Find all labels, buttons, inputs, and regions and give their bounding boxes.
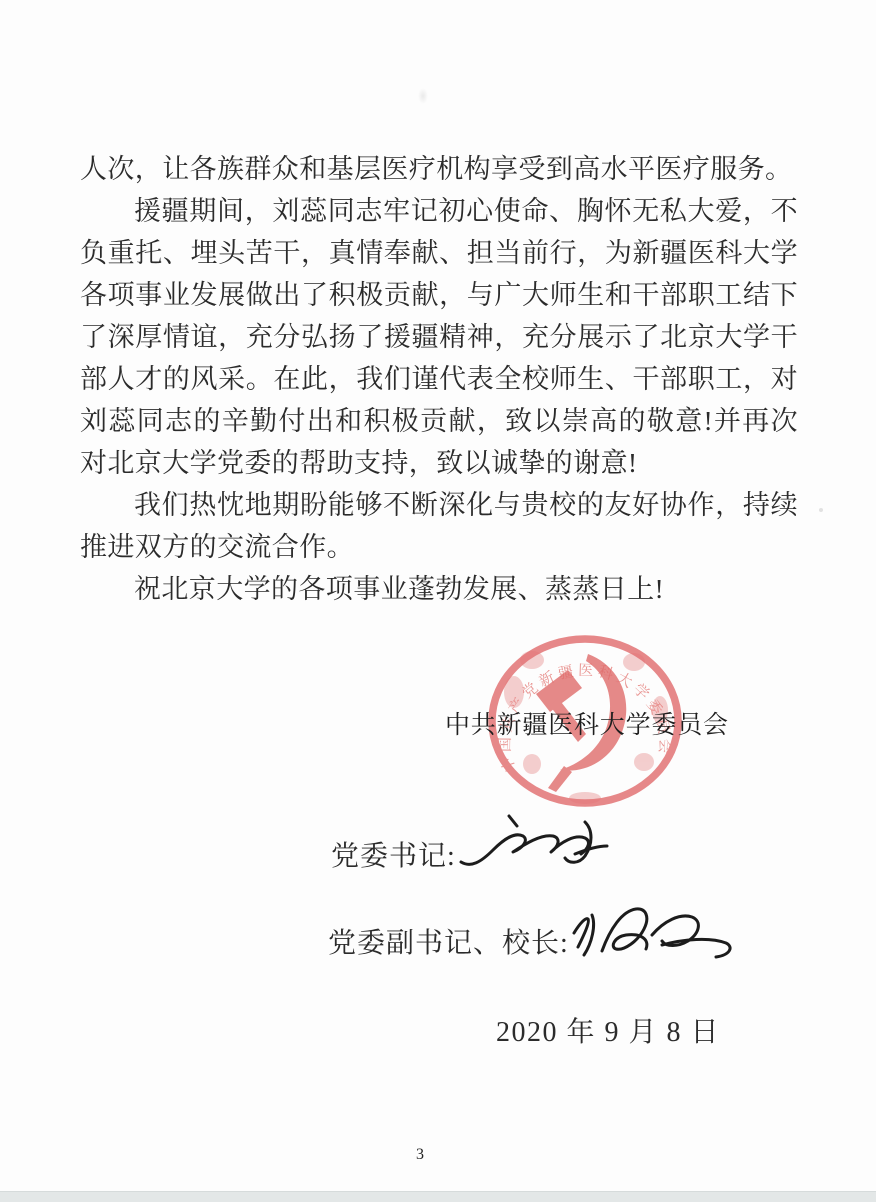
date-line: 2020 年 9 月 8 日: [496, 1010, 720, 1050]
scan-artifact: [819, 508, 823, 512]
scan-edge: [0, 1191, 876, 1202]
vice-secretary-label: 党委副书记、校长:: [328, 921, 569, 961]
letter-paragraph: 人次，让各族群众和基层医疗机构享受到高水平医疗服务。: [80, 148, 798, 190]
letter-body: 人次，让各族群众和基层医疗机构享受到高水平医疗服务。 援疆期间，刘蕊同志牢记初心…: [80, 148, 798, 610]
letter-paragraph: 祝北京大学的各项事业蓬勃发展、蒸蒸日上!: [80, 568, 798, 610]
scanned-letter-page: 人次，让各族群众和基层医疗机构享受到高水平医疗服务。 援疆期间，刘蕊同志牢记初心…: [0, 0, 876, 1202]
page-number: 3: [404, 1146, 436, 1164]
president-signature: [566, 901, 738, 961]
secretary-signature: [457, 810, 615, 872]
secretary-label: 党委书记:: [331, 834, 456, 874]
letter-paragraph: 援疆期间，刘蕊同志牢记初心使命、胸怀无私大爱，不负重托、埋头苦干，真情奉献、担当…: [80, 190, 798, 484]
letter-paragraph: 我们热忱地期盼能够不断深化与贵校的友好协作，持续推进双方的交流合作。: [80, 484, 798, 568]
committee-name: 中共新疆医科大学委员会: [445, 705, 729, 741]
scan-artifact: [418, 88, 428, 104]
